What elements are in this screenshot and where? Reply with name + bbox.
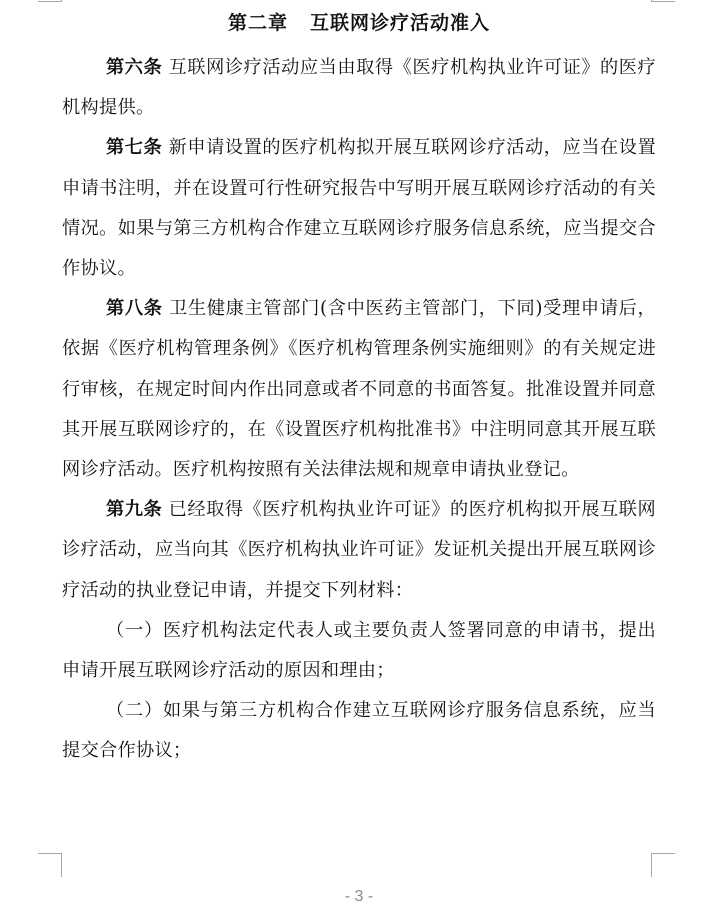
article-label: 第八条 bbox=[106, 298, 163, 319]
article-paragraph-7: 第七条 新申请设置的医疗机构拟开展互联网诊疗活动，应当在设置申请书注明，并在设置… bbox=[62, 128, 656, 289]
list-item-2: （二）如果与第三方机构合作建立互联网诊疗服务信息系统，应当提交合作协议； bbox=[62, 691, 656, 771]
article-label: 第六条 bbox=[106, 57, 162, 78]
article-text: 卫生健康主管部门(含中医药主管部门，下同)受理申请后，依据《医疗机构管理条例》《… bbox=[62, 298, 656, 480]
chapter-name: 互联网诊疗活动准入 bbox=[310, 12, 490, 34]
document-body: 第六条 互联网诊疗活动应当由取得《医疗机构执业许可证》的医疗机构提供。 第七条 … bbox=[62, 48, 656, 772]
article-paragraph-6: 第六条 互联网诊疗活动应当由取得《医疗机构执业许可证》的医疗机构提供。 bbox=[62, 48, 656, 128]
article-paragraph-9: 第九条 已经取得《医疗机构执业许可证》的医疗机构拟开展互联网诊疗活动，应当向其《… bbox=[62, 490, 656, 611]
list-item-1: （一）医疗机构法定代表人或主要负责人签署同意的申请书，提出申请开展互联网诊疗活动… bbox=[62, 611, 656, 691]
chapter-title: 第二章互联网诊疗活动准入 bbox=[0, 8, 718, 35]
article-label: 第九条 bbox=[106, 499, 162, 520]
crop-mark-top-left bbox=[38, 0, 62, 2]
crop-mark-bottom-right bbox=[651, 853, 675, 877]
list-item-text: （一）医疗机构法定代表人或主要负责人签署同意的申请书，提出申请开展互联网诊疗活动… bbox=[62, 620, 656, 681]
page-number: - 3 - bbox=[0, 888, 718, 906]
crop-mark-top-right bbox=[651, 0, 675, 2]
chapter-number: 第二章 bbox=[228, 12, 288, 34]
article-paragraph-8: 第八条 卫生健康主管部门(含中医药主管部门，下同)受理申请后，依据《医疗机构管理… bbox=[62, 289, 656, 490]
article-label: 第七条 bbox=[106, 137, 162, 158]
crop-mark-bottom-left bbox=[38, 853, 62, 877]
article-text: 新申请设置的医疗机构拟开展互联网诊疗活动，应当在设置申请书注明，并在设置可行性研… bbox=[62, 137, 656, 279]
list-item-text: （二）如果与第三方机构合作建立互联网诊疗服务信息系统，应当提交合作协议； bbox=[62, 700, 656, 761]
document-page: 第二章互联网诊疗活动准入 第六条 互联网诊疗活动应当由取得《医疗机构执业许可证》… bbox=[0, 0, 718, 922]
